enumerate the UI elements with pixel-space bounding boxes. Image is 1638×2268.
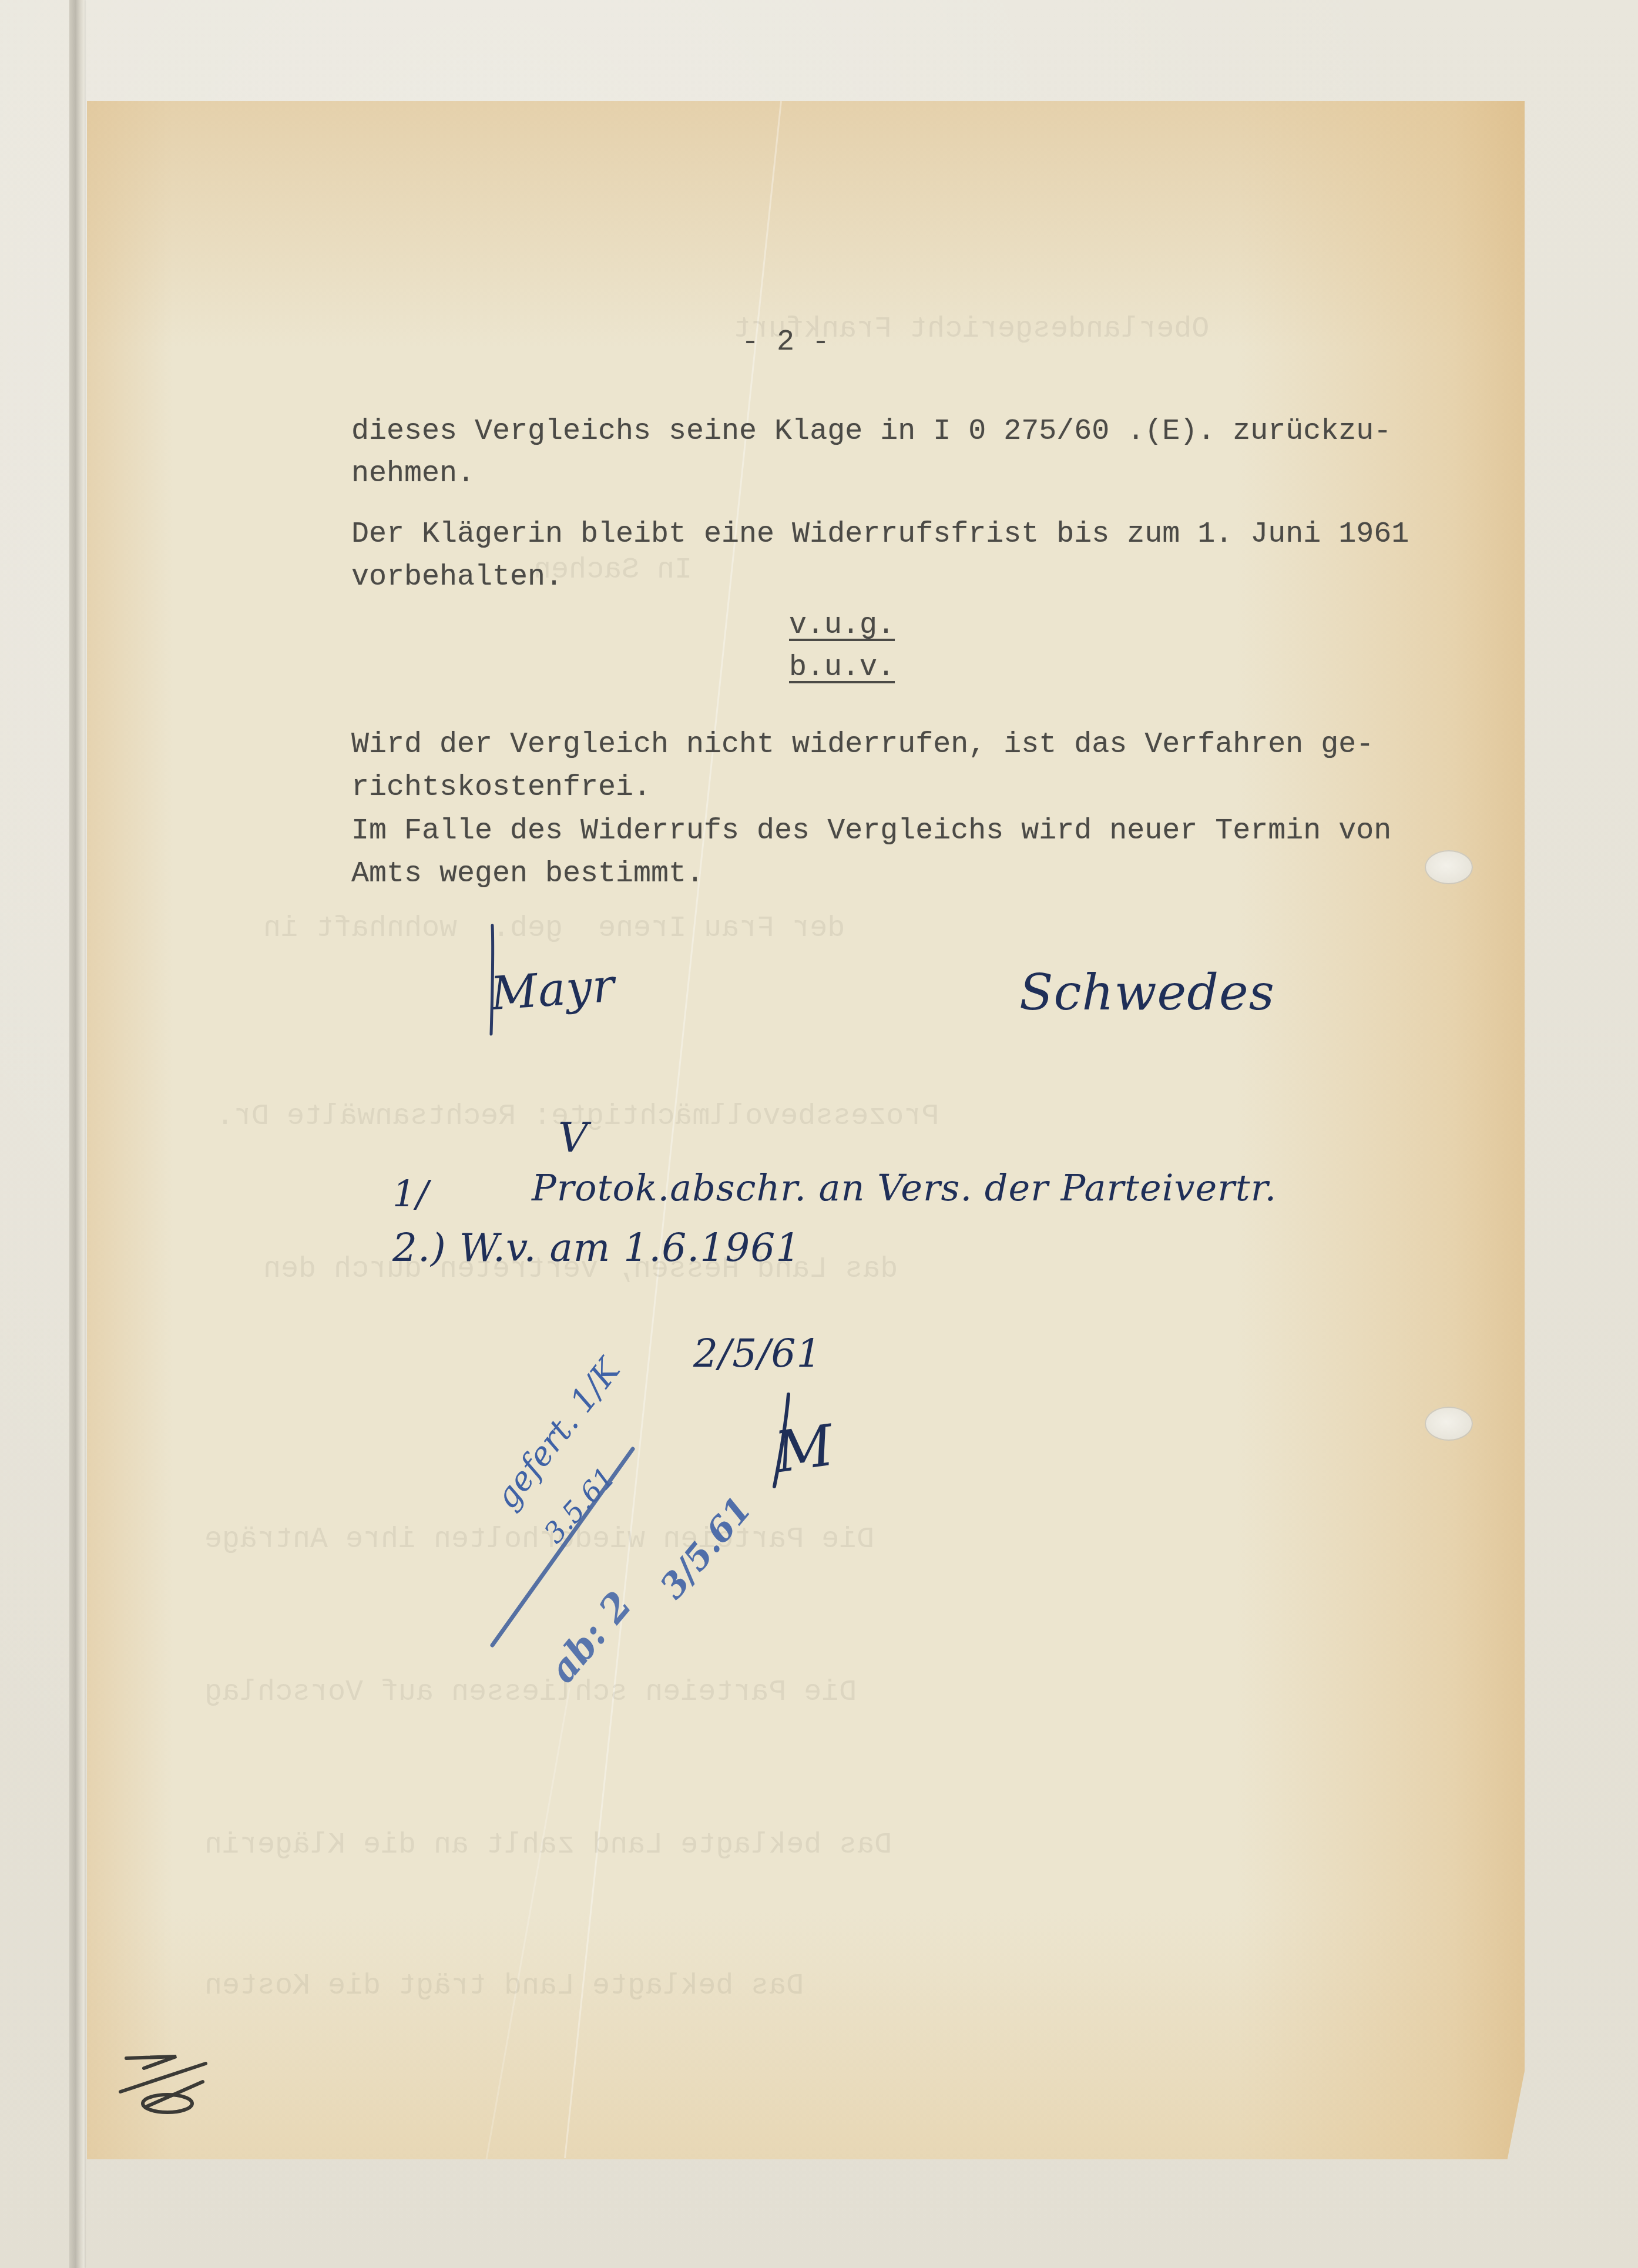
blue-pencil-strike	[492, 1449, 633, 1645]
folio-stroke	[126, 2056, 176, 2068]
initials-stroke	[774, 1394, 788, 1487]
signature-flourish	[491, 925, 493, 1034]
annotation-strokes	[0, 0, 1638, 2268]
